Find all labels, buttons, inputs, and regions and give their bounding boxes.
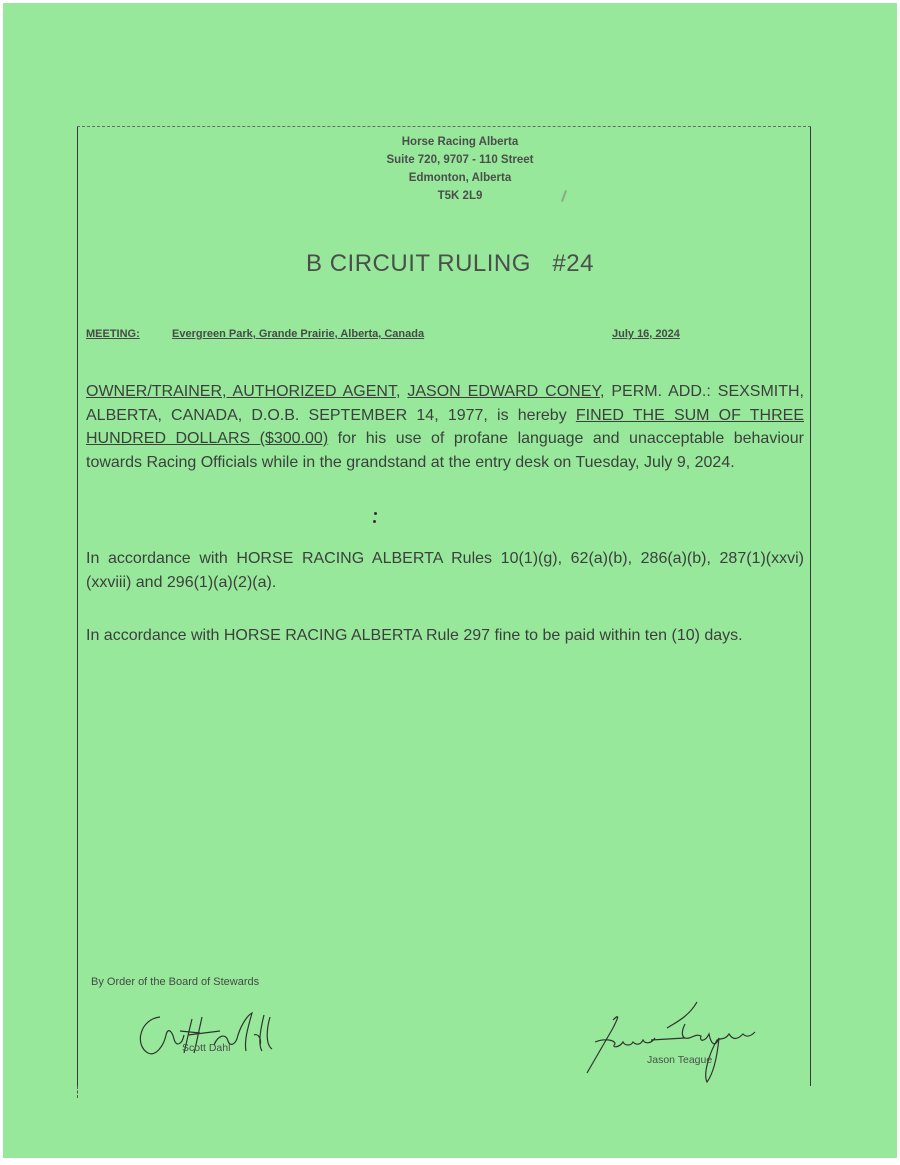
address-line-1: Suite 720, 9707 - 110 Street [300,151,620,169]
ruling-role: OWNER/TRAINER, AUTHORIZED AGENT [86,383,396,400]
letterhead: Horse Racing Alberta Suite 720, 9707 - 1… [300,133,620,205]
signature-scott-dahl [130,1005,320,1065]
separator: , [396,383,407,400]
signatory-name: Scott Dahl [182,1042,230,1054]
signatory-name: Jason Teague [647,1054,712,1066]
meeting-date: July 16, 2024 [612,328,680,340]
meeting-venue: Evergreen Park, Grande Prairie, Alberta,… [172,328,424,340]
signature-jason-teague [585,998,775,1088]
document-border-top [77,126,811,127]
document-border-tail [77,1086,78,1098]
ruling-title: B CIRCUIT RULING #24 [200,250,700,278]
organization-name: Horse Racing Alberta [300,133,620,151]
scan-dot [373,520,376,523]
ruling-paragraph: OWNER/TRAINER, AUTHORIZED AGENT, JASON E… [86,380,804,474]
ruling-person-name: JASON EDWARD CONEY [407,383,600,400]
postal-code: T5K 2L9 [300,187,620,205]
rules-paragraph: In accordance with HORSE RACING ALBERTA … [86,547,804,594]
order-label: By Order of the Board of Stewards [91,976,259,988]
scan-dot [374,512,377,515]
address-line-2: Edmonton, Alberta [300,169,620,187]
payment-paragraph: In accordance with HORSE RACING ALBERTA … [86,624,804,648]
meeting-label: MEETING: [86,328,140,340]
